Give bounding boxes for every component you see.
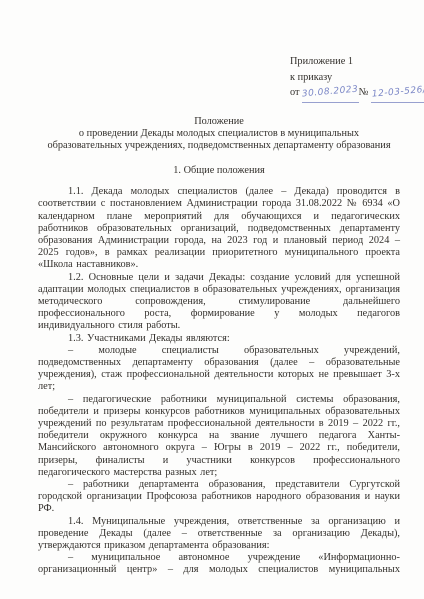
paragraph-1-3: 1.3. Участниками Декады являются:	[38, 333, 400, 345]
date-blank-line: 30.08.2023	[302, 85, 359, 103]
title-line-3: образовательных учреждениях, подведомств…	[38, 140, 400, 152]
paragraph-1-4: 1.4. Муниципальные учреждения, ответстве…	[38, 516, 400, 553]
paragraph-1-1: 1.1. Декада молодых специалистов (далее …	[38, 186, 400, 271]
document-body: 1.1. Декада молодых специалистов (далее …	[38, 186, 400, 577]
handwritten-date: 30.08.2023	[301, 83, 359, 103]
appendix-header: Приложение 1 к приказу от 30.08.2023№ 12…	[290, 54, 424, 103]
list-item-pedagogical-workers: – педагогические работники муниципальной…	[38, 394, 400, 479]
document-page: Приложение 1 к приказу от 30.08.2023№ 12…	[0, 0, 424, 599]
document-title: Положение о проведении Декады молодых сп…	[38, 116, 400, 153]
paragraph-1-2: 1.2. Основные цели и задачи Декады: созд…	[38, 272, 400, 333]
title-line-1: Положение	[38, 116, 400, 128]
section-heading: 1. Общие положения	[38, 165, 400, 177]
number-blank-line: 12-03-526/3	[371, 85, 424, 103]
list-item-department-workers: – работники департамента образования, пр…	[38, 479, 400, 516]
from-label: от	[290, 87, 300, 98]
order-date-number-row: от 30.08.2023№ 12-03-526/3	[290, 85, 424, 103]
handwritten-order-number: 12-03-526/3	[371, 82, 424, 103]
list-item-municipal-institution: – муниципальное автономное учреждение «И…	[38, 552, 400, 576]
number-sign-label: №	[359, 87, 369, 98]
appendix-label: Приложение 1	[290, 54, 424, 70]
list-item-young-specialists: – молодые специалисты образовательных уч…	[38, 345, 400, 394]
title-line-2: о проведении Декады молодых специалистов…	[38, 128, 400, 140]
